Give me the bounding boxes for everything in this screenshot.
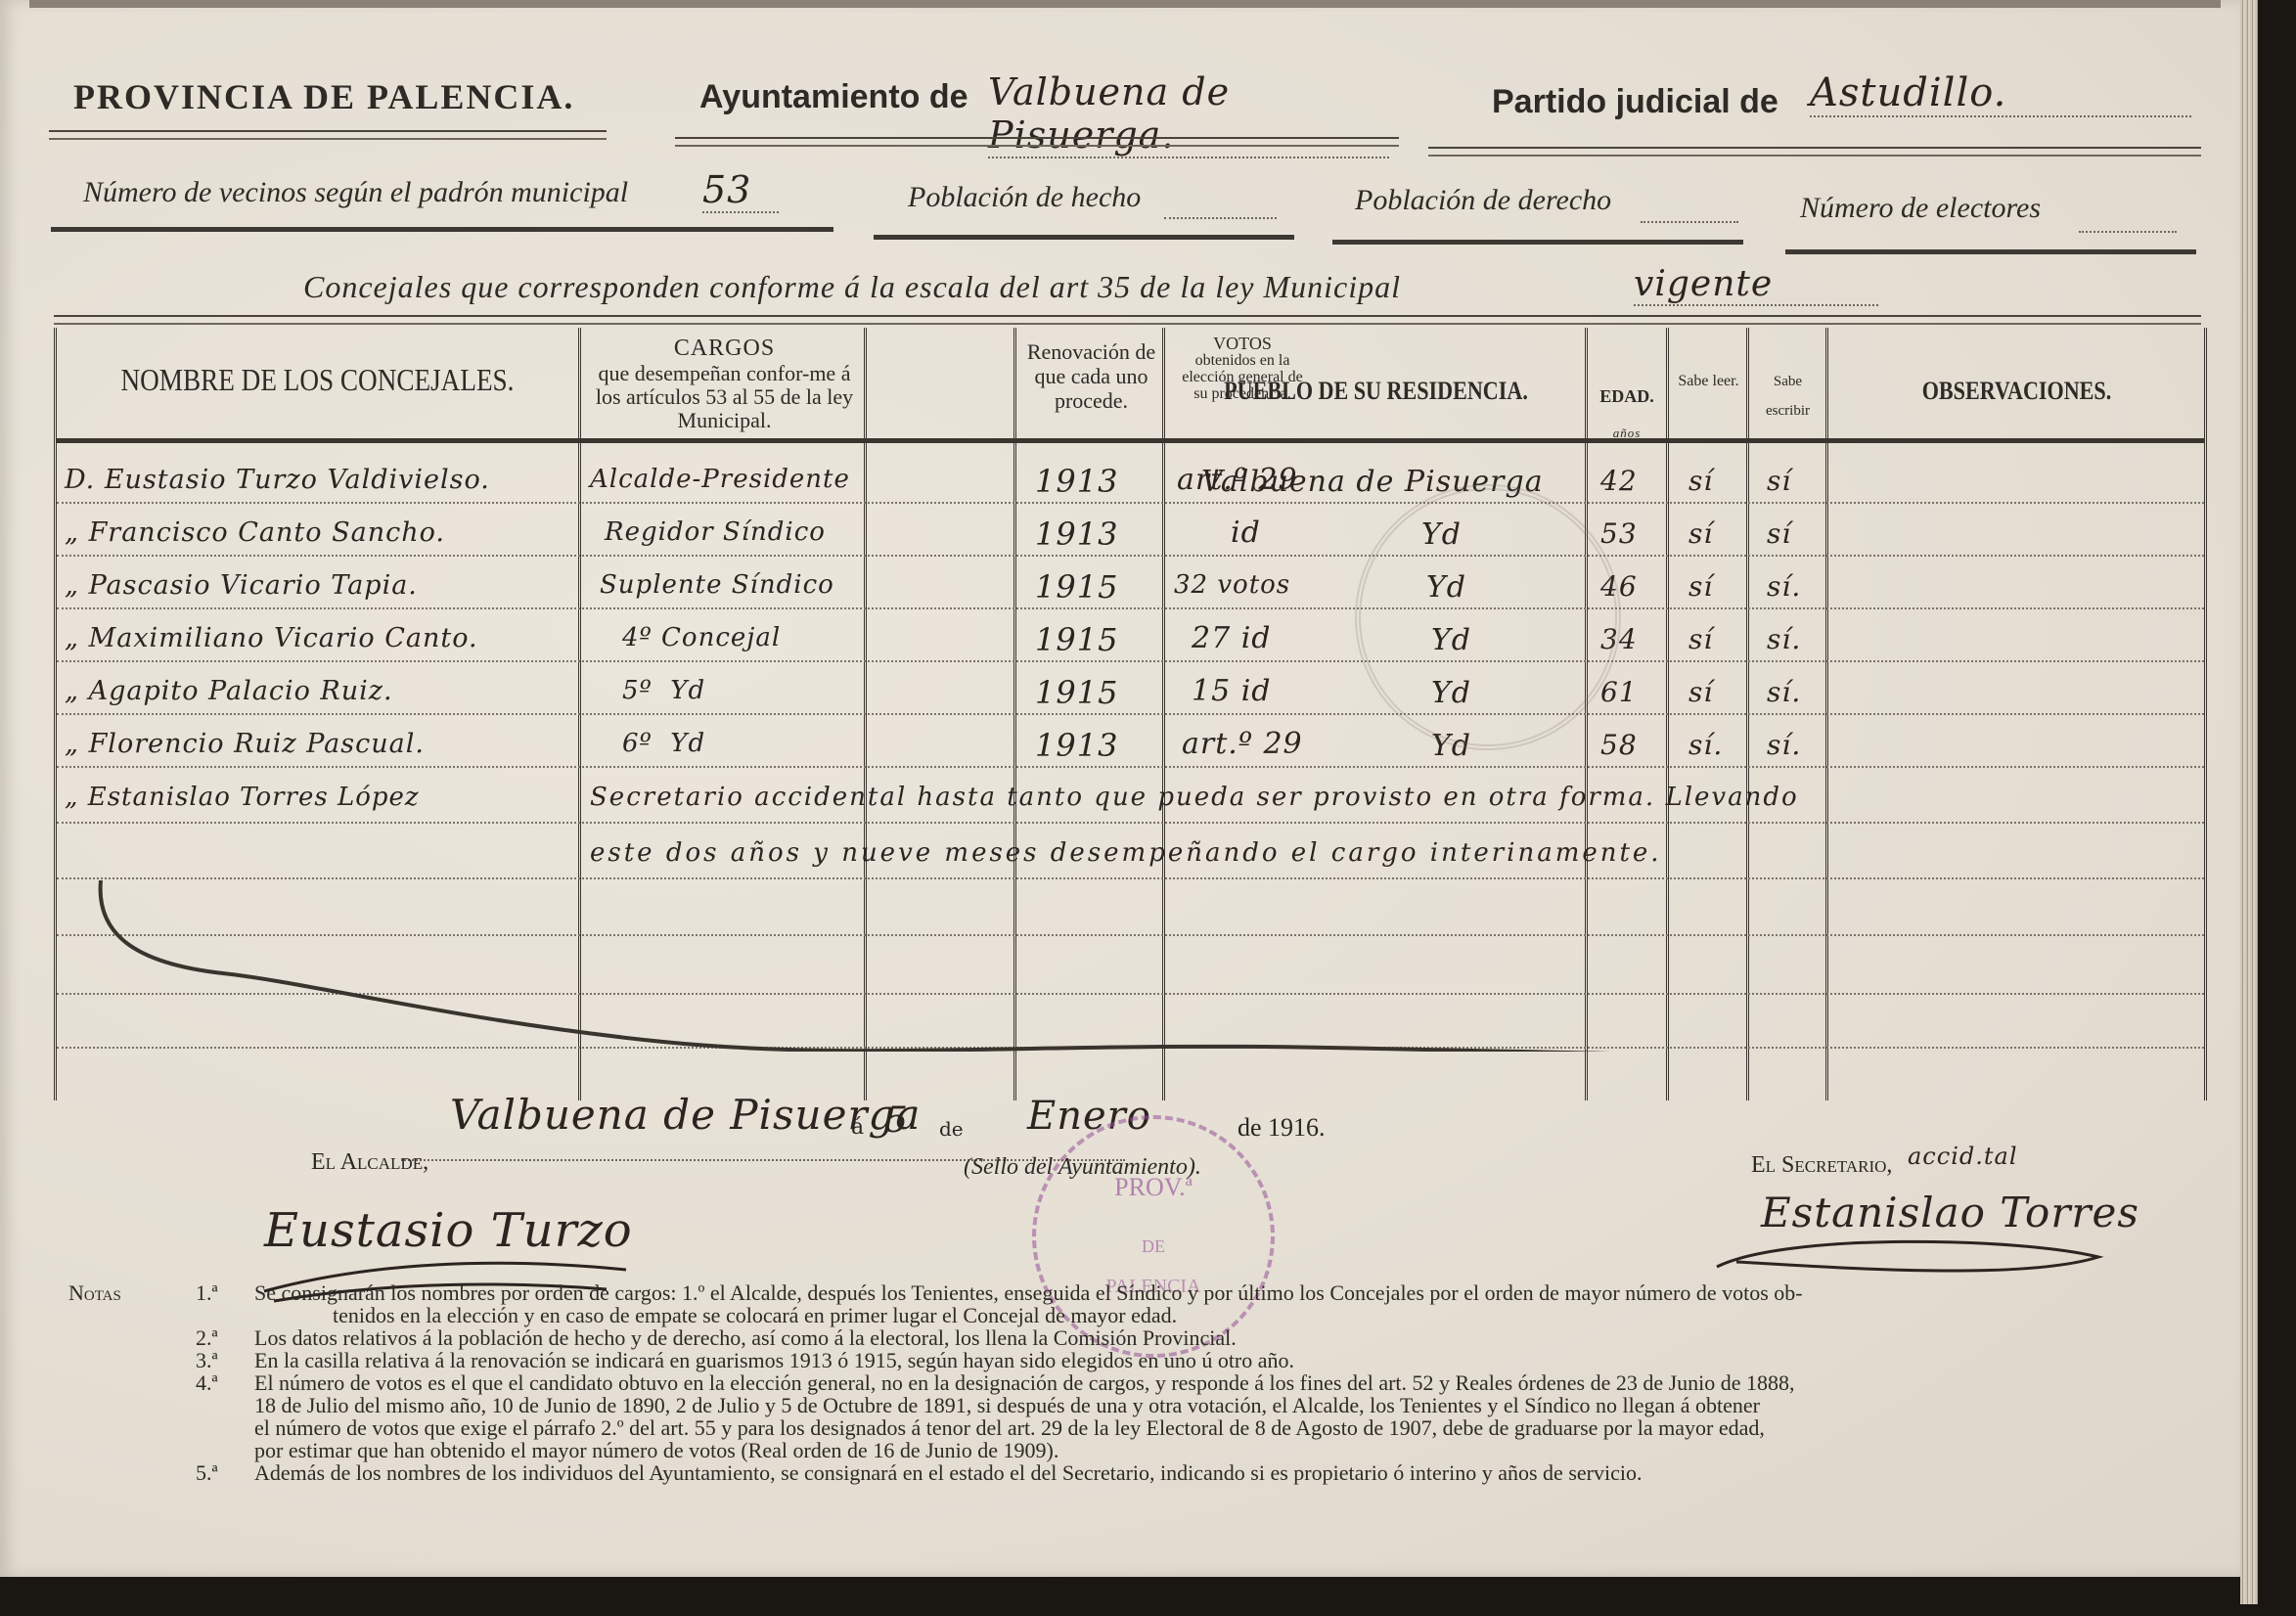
vecinos-field[interactable]: 53 xyxy=(702,168,779,213)
row-rule xyxy=(57,822,2204,824)
secretario-label: El Secretario, xyxy=(1751,1152,1892,1179)
header-cargos: CARGOS que desempeñan confor-me á los ar… xyxy=(585,336,864,432)
cell-nombre: „ Estanislao Torres López xyxy=(65,783,420,812)
row-rule xyxy=(57,713,2204,715)
note-text: En la casilla relativa á la renovación s… xyxy=(254,1349,2221,1371)
note-continuation: tenidos en la elección y en caso de empa… xyxy=(68,1304,2221,1326)
cell-edad: 42 xyxy=(1600,465,1638,497)
cancel-stroke xyxy=(57,875,2204,1052)
rule xyxy=(49,130,607,140)
note-continuation: 18 de Julio del mismo año, 10 de Junio d… xyxy=(68,1394,2221,1416)
header-nombre: NOMBRE DE LOS CONCEJALES. xyxy=(96,362,539,398)
cell-votos: 27 id xyxy=(1192,621,1272,655)
cell-votos: 15 id xyxy=(1192,674,1272,708)
cell-nombre: „ Francisco Canto Sancho. xyxy=(65,517,445,548)
cell-leer: sí xyxy=(1688,517,1713,550)
rule xyxy=(54,315,2201,325)
note-text: por estimar que han obtenido el mayor nú… xyxy=(254,1439,2221,1461)
header-cargos-sub: que desempeñan confor-me á los artículos… xyxy=(585,362,864,432)
note-continuation: por estimar que han obtenido el mayor nú… xyxy=(68,1439,2221,1461)
cell-edad: 58 xyxy=(1600,729,1638,761)
secretario-flourish-icon xyxy=(1707,1228,2118,1286)
cell-leer: sí xyxy=(1688,676,1713,708)
partido-label: Partido judicial de xyxy=(1492,83,1778,121)
note-number: 5.ª xyxy=(196,1461,254,1484)
cell-renovacion: 1915 xyxy=(1035,568,1118,606)
electores-label: Número de electores xyxy=(1800,192,2041,225)
page-stack-edge xyxy=(2240,0,2258,1604)
rule xyxy=(1332,240,1743,245)
faint-seal xyxy=(1355,484,1621,750)
header-renovacion: Renovación de que cada uno procede. xyxy=(1020,339,1162,413)
row-rule xyxy=(57,766,2204,768)
cell-cargo: 5º Yd xyxy=(622,676,705,705)
cell-leer: sí xyxy=(1688,465,1713,497)
cell-votos: 32 votos xyxy=(1174,570,1290,600)
concejales-label: Concejales que corresponden conforme á l… xyxy=(303,269,1401,305)
alcalde-label: El Alcalde, xyxy=(311,1149,428,1176)
cell-votos: id xyxy=(1231,516,1261,550)
cell-cargo: 4º Concejal xyxy=(622,623,781,652)
note-text: Los datos relativos á la población de he… xyxy=(254,1326,2221,1349)
cell-cargo: Suplente Síndico xyxy=(600,570,834,600)
note-item: 4.ª El número de votos es el que el cand… xyxy=(68,1371,2221,1394)
header-sabe-escribir: Sabe escribir xyxy=(1750,367,1825,426)
note-text: Además de los nombres de los individuos … xyxy=(254,1461,2221,1484)
note-number: 4.ª xyxy=(196,1371,254,1394)
note-text: el número de votos que exige el párrafo … xyxy=(254,1416,2221,1439)
document-page: PROVINCIA DE PALENCIA. Ayuntamiento de V… xyxy=(0,0,2243,1577)
date-year: de 1916. xyxy=(1238,1113,1326,1143)
note-item: 3.ª En la casilla relativa á la renovaci… xyxy=(68,1349,2221,1371)
concejales-field[interactable]: vigente xyxy=(1634,264,1878,306)
cell-renovacion: 1915 xyxy=(1035,674,1118,711)
note-text: Se consignarán los nombres por orden de … xyxy=(254,1281,2221,1304)
notes-section: Notas 1.ª Se consignarán los nombres por… xyxy=(68,1281,2221,1484)
cell-renovacion: 1913 xyxy=(1035,516,1118,553)
cell-escribir: sí. xyxy=(1767,729,1801,761)
electores-field[interactable] xyxy=(2079,227,2177,233)
header-rule xyxy=(57,438,2204,443)
poblacion-hecho-label: Población de hecho xyxy=(908,181,1141,214)
partido-field[interactable]: Astudillo. xyxy=(1810,70,2191,117)
cell-escribir: sí. xyxy=(1767,676,1801,708)
rule xyxy=(1785,249,2196,254)
cell-edad: 61 xyxy=(1600,676,1638,708)
note-number: 3.ª xyxy=(196,1349,254,1371)
note-text: El número de votos es el que el candidat… xyxy=(254,1371,2221,1394)
cell-leer: sí. xyxy=(1688,729,1723,761)
note-item: 2.ª Los datos relativos á la población d… xyxy=(68,1326,2221,1349)
cell-renovacion: 1913 xyxy=(1035,463,1118,500)
cell-nombre: „ Agapito Palacio Ruiz. xyxy=(65,676,393,706)
cell-escribir: sí. xyxy=(1767,570,1801,603)
cell-edad: 53 xyxy=(1600,517,1638,550)
cell-nombre: „ Maximiliano Vicario Canto. xyxy=(65,623,478,653)
secretario-note: accid.tal xyxy=(1908,1143,2018,1170)
vecinos-label: Número de vecinos según el padrón munici… xyxy=(83,176,628,209)
rule xyxy=(1428,147,2201,157)
cell-leer: sí xyxy=(1688,623,1713,655)
note-text: 18 de Julio del mismo año, 10 de Junio d… xyxy=(254,1394,2221,1416)
cell-escribir: sí. xyxy=(1767,623,1801,655)
concejales-table: NOMBRE DE LOS CONCEJALES. CARGOS que des… xyxy=(54,328,2207,1100)
cell-nombre: „ Pascasio Vicario Tapia. xyxy=(65,570,418,601)
header-sabe-leer: Sabe leer. xyxy=(1671,367,1746,396)
row-rule xyxy=(57,555,2204,557)
poblacion-derecho-label: Población de derecho xyxy=(1355,184,1611,217)
seal-text: PROV.ª xyxy=(1036,1173,1271,1202)
cell-nombre: D. Eustasio Turzo Valdivielso. xyxy=(65,465,490,495)
page-top-edge xyxy=(29,0,2221,8)
cell-leer: sí xyxy=(1688,570,1713,603)
row-rule xyxy=(57,660,2204,662)
date-day[interactable]: 5 xyxy=(885,1100,909,1141)
header-pueblo: PUEBLO DE SU RESIDENCIA. xyxy=(1198,377,1553,406)
header-cargos-title: CARGOS xyxy=(585,336,864,362)
note-text: tenidos en la elección y en caso de empa… xyxy=(333,1304,2221,1326)
note-item: Notas 1.ª Se consignarán los nombres por… xyxy=(68,1281,2221,1304)
cell-renovacion: 1913 xyxy=(1035,727,1118,764)
row-rule xyxy=(57,607,2204,609)
rule xyxy=(675,137,1399,147)
date-a: á xyxy=(851,1115,864,1140)
ayuntamiento-label: Ayuntamiento de xyxy=(699,78,968,116)
note-continuation: el número de votos que exige el párrafo … xyxy=(68,1416,2221,1439)
cell-votos: art.º 29 xyxy=(1182,727,1303,761)
notes-label: Notas xyxy=(68,1281,196,1304)
rule xyxy=(874,235,1294,240)
cell-cargo: 6º Yd xyxy=(622,729,705,758)
cell-renovacion: 1915 xyxy=(1035,621,1118,658)
cell-cargo: Alcalde-Presidente xyxy=(590,465,850,494)
cell-observacion-line1: Secretario accidental hasta tanto que pu… xyxy=(590,783,1799,812)
note-number: 2.ª xyxy=(196,1326,254,1349)
cell-escribir: sí xyxy=(1767,465,1791,497)
note-number: 1.ª xyxy=(196,1281,254,1304)
provincia-title: PROVINCIA DE PALENCIA. xyxy=(73,76,574,117)
poblacion-derecho-field[interactable] xyxy=(1641,217,1738,223)
cell-cargo: Regidor Síndico xyxy=(605,517,826,547)
cell-observacion-line2: este dos años y nueve meses desempeñando… xyxy=(590,838,1662,868)
row-rule xyxy=(57,502,2204,504)
rule xyxy=(51,227,833,232)
date-de: de xyxy=(939,1117,964,1141)
header-edad: EDAD. xyxy=(1588,386,1666,407)
header-votos-title: VOTOS xyxy=(1175,336,1310,352)
note-item: 5.ª Además de los nombres de los individ… xyxy=(68,1461,2221,1484)
header-observaciones: OBSERVACIONES. xyxy=(1858,377,2177,406)
poblacion-hecho-field[interactable] xyxy=(1164,213,1277,219)
seal-text: DE xyxy=(1036,1236,1271,1257)
cell-nombre: „ Florencio Ruiz Pascual. xyxy=(65,729,425,759)
cell-escribir: sí xyxy=(1767,517,1791,550)
